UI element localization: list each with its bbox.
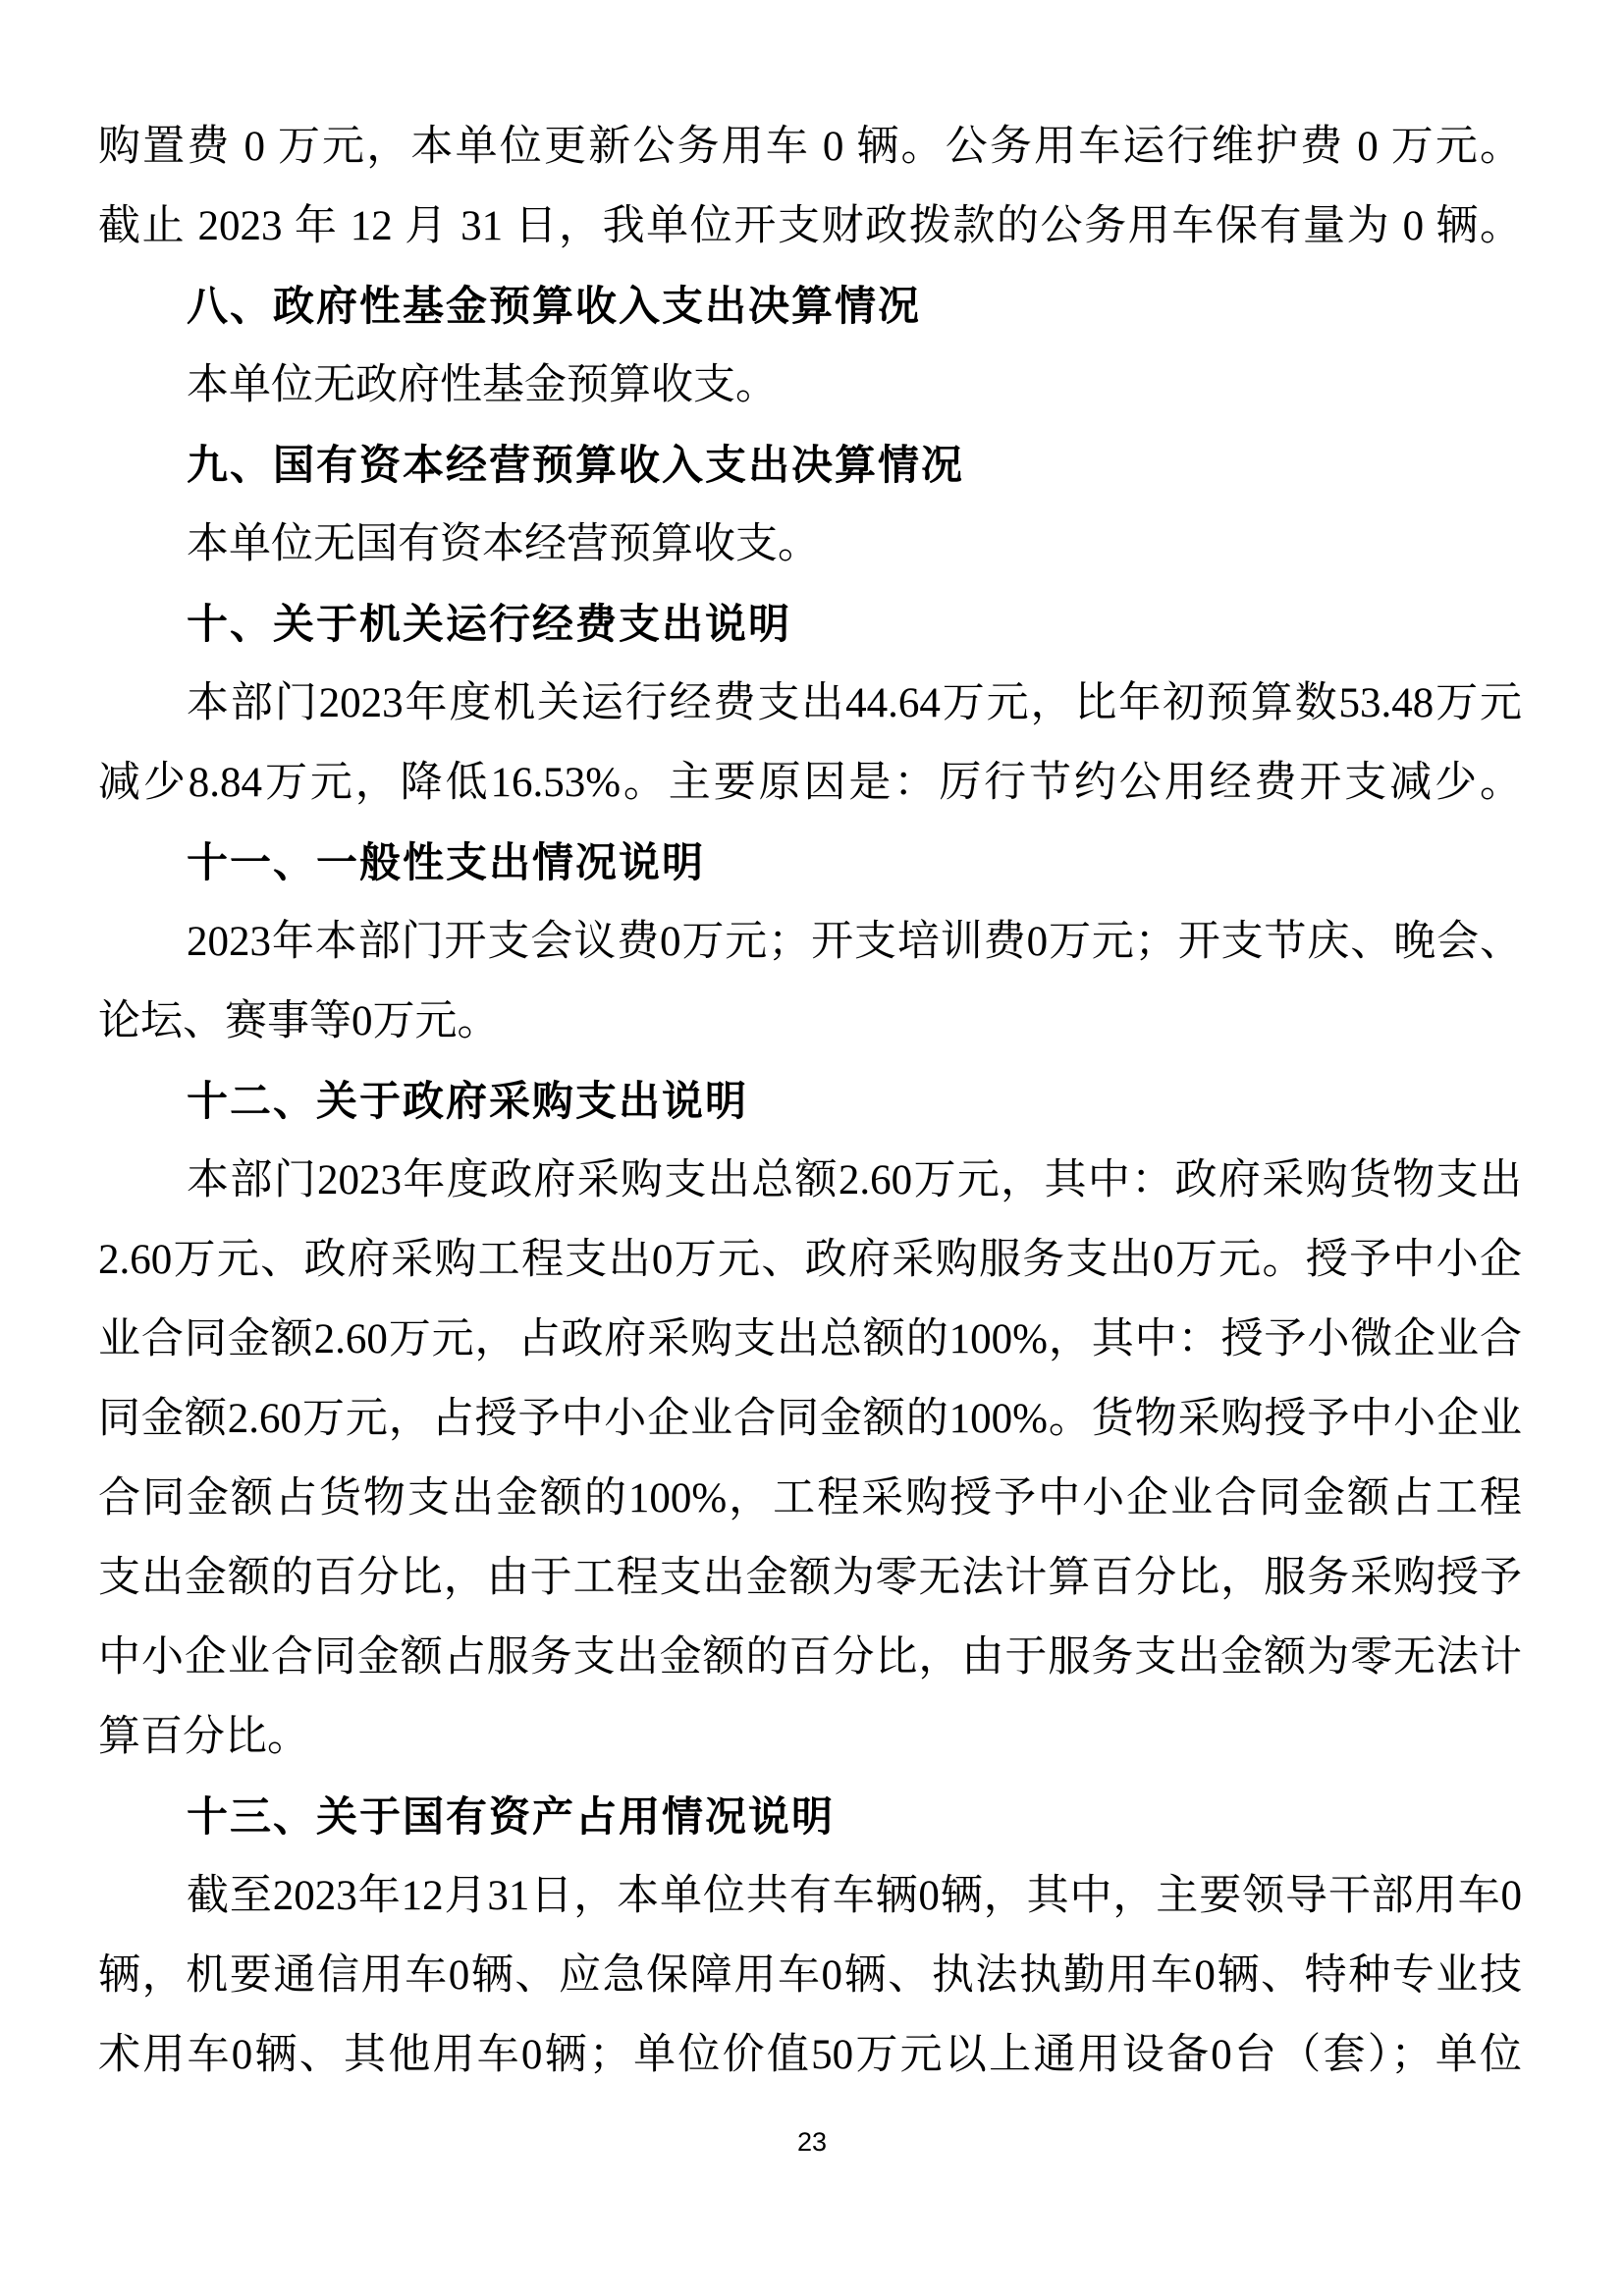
paragraph-line: 本单位无政府性基金预算收支。 <box>98 346 1522 425</box>
paragraph-line: 截至2023年12月31日，本单位共有车辆0辆，其中，主要领导干部用车0 <box>98 1856 1522 1936</box>
paragraph-line: 本部门2023年度政府采购支出总额2.60万元，其中：政府采购货物支出 <box>98 1141 1522 1220</box>
section-heading: 十二、关于政府采购支出说明 <box>98 1061 1522 1141</box>
paragraph-line: 本部门2023年度机关运行经费支出44.64万元，比年初预算数53.48万元 <box>98 664 1522 743</box>
section-heading: 十、关于机关运行经费支出说明 <box>98 584 1522 664</box>
page-number: 23 <box>0 2120 1624 2163</box>
paragraph-line: 本单位无国有资本经营预算收支。 <box>98 505 1522 584</box>
section-heading: 九、国有资本经营预算收入支出决算情况 <box>98 425 1522 505</box>
paragraph-line: 术用车0辆、其他用车0辆；单位价值50万元以上通用设备0台（套）；单位 <box>98 2015 1522 2095</box>
section-heading: 十一、一般性支出情况说明 <box>98 823 1522 902</box>
document-body: 购置费 0 万元，本单位更新公务用车 0 辆。公务用车运行维护费 0 万元。截止… <box>98 107 1522 2095</box>
section-heading: 八、政府性基金预算收入支出决算情况 <box>98 266 1522 346</box>
paragraph-line: 截止 2023 年 12 月 31 日，我单位开支财政拨款的公务用车保有量为 0… <box>98 187 1522 266</box>
paragraph-line: 2.60万元、政府采购工程支出0万元、政府采购服务支出0万元。授予中小企 <box>98 1220 1522 1300</box>
paragraph-line: 同金额2.60万元，占授予中小企业合同金额的100%。货物采购授予中小企业 <box>98 1379 1522 1459</box>
paragraph-line: 中小企业合同金额占服务支出金额的百分比，由于服务支出金额为零无法计 <box>98 1618 1522 1697</box>
document-page: 购置费 0 万元，本单位更新公务用车 0 辆。公务用车运行维护费 0 万元。截止… <box>0 0 1624 2296</box>
paragraph-line: 业合同金额2.60万元，占政府采购支出总额的100%，其中：授予小微企业合 <box>98 1300 1522 1379</box>
paragraph-line: 论坛、赛事等0万元。 <box>98 982 1522 1061</box>
section-heading: 十三、关于国有资产占用情况说明 <box>98 1777 1522 1856</box>
paragraph-line: 支出金额的百分比，由于工程支出金额为零无法计算百分比，服务采购授予 <box>98 1538 1522 1618</box>
paragraph-line: 算百分比。 <box>98 1697 1522 1777</box>
paragraph-line: 合同金额占货物支出金额的100%，工程采购授予中小企业合同金额占工程 <box>98 1459 1522 1538</box>
paragraph-line: 辆，机要通信用车0辆、应急保障用车0辆、执法执勤用车0辆、特种专业技 <box>98 1936 1522 2015</box>
paragraph-line: 购置费 0 万元，本单位更新公务用车 0 辆。公务用车运行维护费 0 万元。 <box>98 107 1522 187</box>
paragraph-line: 2023年本部门开支会议费0万元；开支培训费0万元；开支节庆、晚会、 <box>98 902 1522 982</box>
paragraph-line: 减少8.84万元，降低16.53%。主要原因是：厉行节约公用经费开支减少。 <box>98 743 1522 823</box>
